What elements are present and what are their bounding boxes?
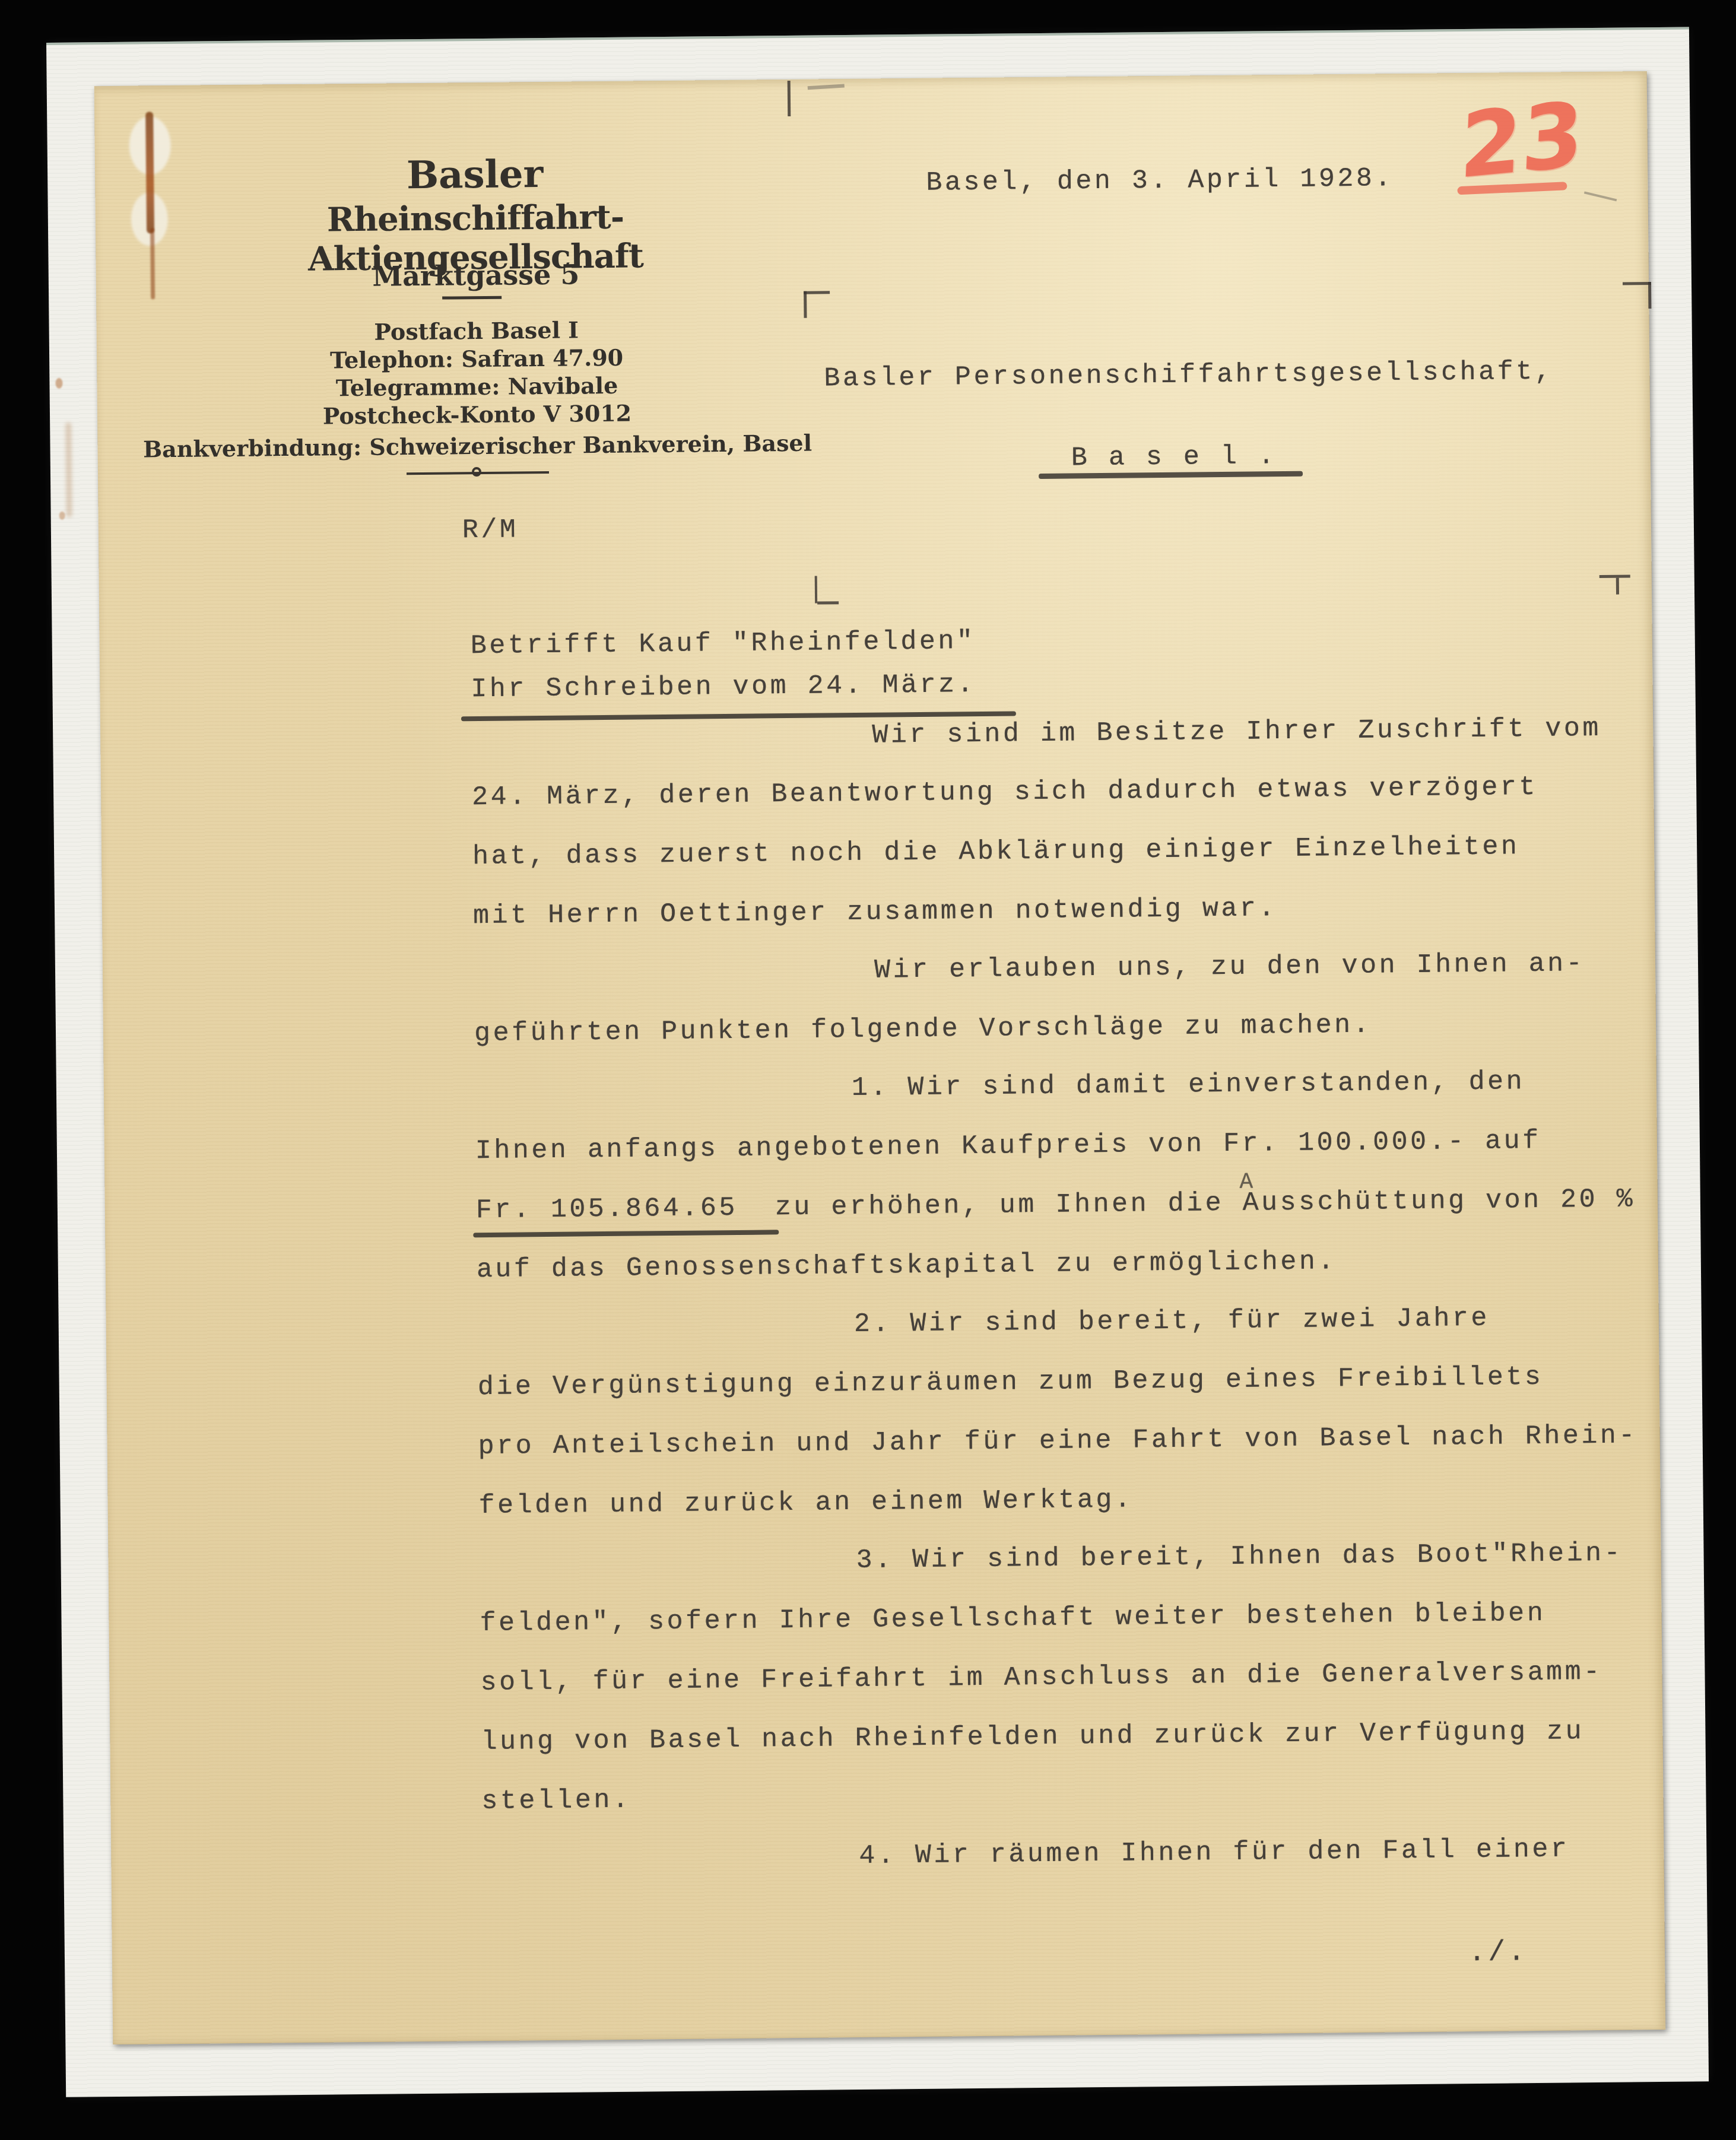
body-line: mit Herrn Oettinger zusammen notwendig w… [473,895,1277,929]
staple-rust-stain [145,112,154,233]
body-line: Fr. 105.864.65 zu erhöhen, um Ihnen die … [476,1186,1636,1224]
body-line: hat, dass zuerst noch die Abklärung eini… [472,833,1520,870]
address-corner-mark-left-bar [804,291,830,294]
body-line: die Vergünstigung einzuräumen zum Bezug … [478,1364,1544,1401]
letterhead-phone: Telephon: Safran 47.90 [180,342,773,375]
body-line: stellen. [481,1787,631,1815]
fold-mark-top [788,81,791,116]
body-line: 3. Wir sind bereit, Ihnen das Boot"Rhein… [856,1540,1623,1574]
reference-initials: R/M [462,516,519,544]
pencil-scribble [1584,191,1617,201]
letterhead-bank: Bankverbindung: Schweizerischer Bankvere… [74,429,881,463]
letterhead-small-rule [442,296,502,300]
date-line: Basel, den 3. April 1928. [926,165,1394,196]
body-line: Ihnen anfangs angebotenen Kaufpreis von … [475,1128,1541,1164]
letterhead-postcheck: Postcheck-Konto V 3012 [180,398,774,431]
body-line: 24. März, deren Beantwortung sich dadurc… [472,774,1538,811]
rust-speck [55,378,62,389]
body-line: felden", sofern Ihre Gesellschaft weiter… [480,1600,1545,1637]
staple-rust-stain [150,228,155,299]
body-line: pro Anteilschein und Jahr für eine Fahrt… [478,1422,1638,1460]
fold-mark-top-dash [808,84,845,90]
letterhead-telegram: Telegramme: Navibale [180,370,773,403]
backing-sheet: Basler Rheinschiffahrt-Aktiengesellschaf… [46,27,1709,2097]
body-line: lung von Basel nach Rheinfelden und zurü… [481,1718,1584,1755]
fold-mark-mid-left [815,576,817,604]
price-underline [473,1230,779,1237]
letterhead-details: Postfach Basel I Telephon: Safran 47.90 … [177,80,771,85]
body-line: 2. Wir sind bereit, für zwei Jahre [854,1305,1490,1338]
body-line: auf das Genossenschaftskapital zu ermögl… [477,1248,1337,1283]
body-line: 4. Wir räumen Ihnen für den Fall einer [859,1836,1570,1869]
rust-speck [59,512,65,520]
address-corner-mark-right [1648,282,1651,309]
subject-line1: Betrifft Kauf "Rheinfelden" [471,628,976,659]
recipient-line2: B a s e l . [1071,443,1277,471]
body-line: Wir sind im Besitze Ihrer Zuschrift vom [872,715,1601,749]
body-line: 1. Wir sind damit einverstanden, den [852,1068,1525,1101]
fold-mark-mid-right-bar [1599,574,1630,577]
continuation-mark: ./. [1468,1938,1528,1967]
scanned-letter-page: Basler Rheinschiffahrt-Aktiengesellschaf… [0,0,1736,2140]
fold-mark-mid-left-bar [817,601,839,604]
address-corner-mark-right-bar [1623,282,1651,285]
letter-paper: Basler Rheinschiffahrt-Aktiengesellschaf… [94,71,1666,2044]
fold-mark-mid-right [1616,578,1619,595]
letterhead-street: Marktgasse 5 [179,256,773,294]
address-corner-mark-left [804,291,807,318]
overstrike-character: A [1239,1171,1256,1194]
letterhead-divider-dot [472,467,481,477]
body-line: Wir erlauben uns, zu den von Ihnen an- [874,950,1585,983]
body-line: soll, für eine Freifahrt im Anschluss an… [480,1659,1602,1696]
rust-smear [65,423,72,517]
letterhead-pobox: Postfach Basel I [180,315,773,347]
subject-line2: Ihr Schreiben vom 24. März. [471,671,976,703]
page-number-annotation: 23 [1458,90,1585,192]
letterhead: Basler Rheinschiffahrt-Aktiengesellschaf… [177,80,771,85]
recipient-line1: Basler Personenschiffahrtsgesellschaft, [824,358,1553,392]
letterhead-name-line1: Basler [178,150,772,200]
body-line: felden und zurück an einem Werktag. [478,1487,1133,1520]
body-line: geführten Punkten folgende Vorschläge zu… [474,1012,1372,1047]
